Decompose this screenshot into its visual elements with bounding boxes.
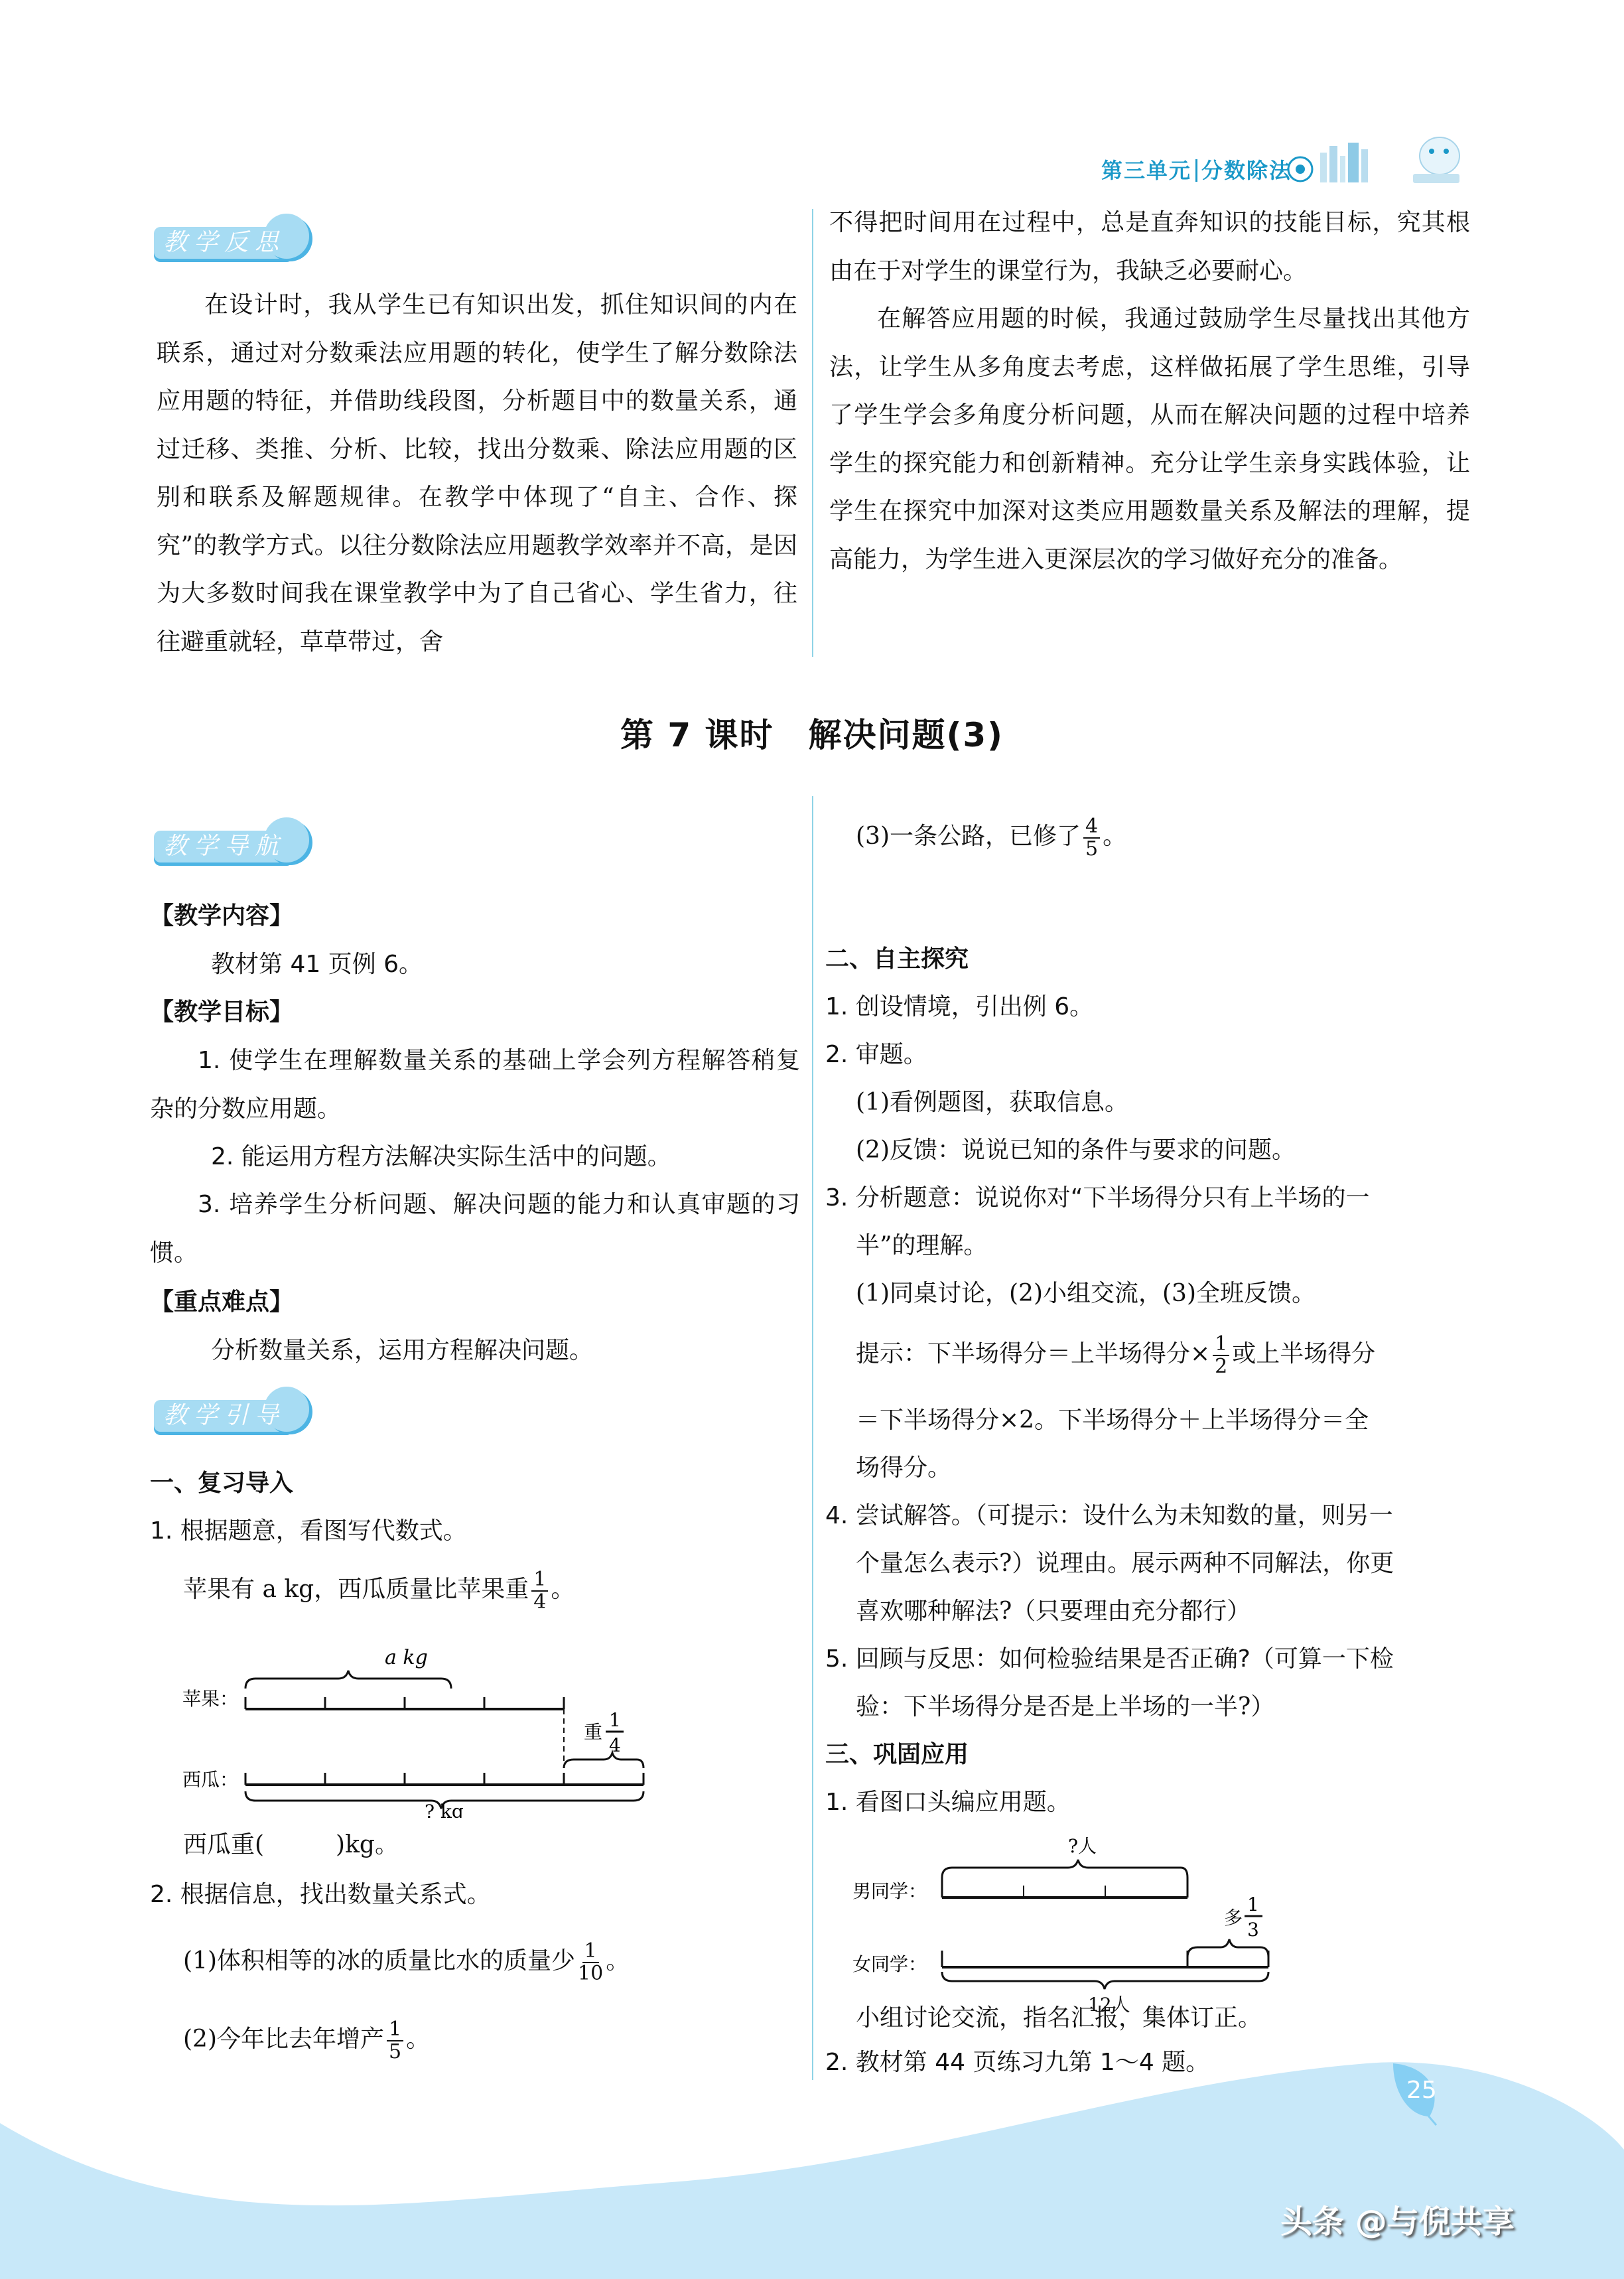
watermark: 头条 @与倪共享 — [1280, 2196, 1515, 2242]
page-number: 25 — [1406, 2077, 1437, 2104]
reflection-paragraph-right-1: 不得把时间用在过程中，总是直奔知识的技能目标，究其根由在于对学生的课堂行为，我缺… — [829, 199, 1470, 295]
header-separator — [1195, 159, 1197, 182]
explore-step-5-line2: 验：下半场得分是否是上半场的一半?） — [856, 1683, 1274, 1731]
svg-text:3: 3 — [1247, 1919, 1259, 1941]
key-points-heading: 【重点难点】 — [150, 1278, 293, 1326]
review-q2-item-3: (3)一条公路，已修了45。 — [856, 813, 1126, 861]
more-label: 多 — [1224, 1907, 1243, 1929]
fraction: 45 — [1083, 816, 1100, 860]
girls-row-label: 女同学： — [852, 1953, 927, 1975]
boys-total-label: ?人 — [1068, 1835, 1097, 1857]
section-review-heading: 一、复习导入 — [150, 1460, 293, 1507]
explore-step-4-line2: 个量怎么表示?）说理由。展示两种不同解法，你更 — [856, 1540, 1394, 1588]
explore-step-3-line1: 3. 分析题意：说说你对“下半场得分只有上半场的一 — [825, 1174, 1369, 1222]
explore-step-3-line2: 半”的理解。 — [856, 1222, 987, 1270]
goal-item-1: 1. 使学生在理解数量关系的基础上学会列方程解答稍复杂的分数应用题。 — [150, 1037, 800, 1133]
explore-hint-line3: 场得分。 — [856, 1444, 951, 1492]
unit-header: 第三单元分数除法 — [1101, 154, 1292, 184]
section-explore-heading: 二、自主探究 — [825, 935, 969, 983]
review-q1-statement: 苹果有 a kg，西瓜质量比苹果重14。 — [183, 1566, 575, 1614]
fraction: 110 — [578, 1941, 603, 1984]
explore-step-5-line1: 5. 回顾与反思：如何检验结果是否正确?（可算一下检 — [825, 1635, 1394, 1683]
apple-row-label: 苹果： — [182, 1688, 238, 1710]
review-question-2: 2. 根据信息，找出数量关系式。 — [150, 1871, 491, 1919]
svg-text:4: 4 — [609, 1734, 621, 1756]
explore-step-1: 1. 创设情境，引出例 6。 — [825, 983, 1093, 1031]
explore-step-2b: (2)反馈：说说已知的条件与要求的问题。 — [856, 1127, 1296, 1174]
goals-heading: 【教学目标】 — [150, 989, 293, 1036]
explore-step-4-line3: 喜欢哪种解法?（只要理由充分都行） — [856, 1588, 1251, 1635]
goal-item-3: 3. 培养学生分析问题、解决问题的能力和认真审题的习惯。 — [150, 1181, 800, 1277]
svg-text:1: 1 — [609, 1709, 621, 1731]
consolidate-task-1-text: 小组讨论交流，指名汇报，集体订正。 — [856, 1994, 1262, 2042]
watermelon-row-label: 西瓜： — [182, 1769, 238, 1791]
line-segment-diagram-boys-girls: ?人 男同学： 多 1 3 女同学： — [849, 1831, 1340, 1990]
explore-step-4-line1: 4. 尝试解答。（可提示：设什么为未知数的量，则另一 — [825, 1492, 1393, 1540]
column-divider — [812, 796, 813, 2080]
review-q1-answer: 西瓜重( )kg。 — [183, 1821, 399, 1869]
review-question-1: 1. 根据题意，看图写代数式。 — [150, 1507, 467, 1555]
badge-teaching-navigation: 教学导航 — [150, 817, 316, 864]
consolidate-task-1: 1. 看图口头编应用题。 — [825, 1779, 1071, 1827]
explore-step-2a: (1)看例题图，获取信息。 — [856, 1079, 1128, 1127]
lesson-title: 第 7 课时 解决问题(3) — [0, 709, 1624, 756]
badge-teaching-guidance: 教学引导 — [150, 1387, 316, 1433]
boys-row-label: 男同学： — [852, 1880, 927, 1902]
fraction: 12 — [1213, 1334, 1229, 1377]
key-points-text: 分析数量关系，运用方程解决问题。 — [211, 1327, 593, 1375]
header-decoration-icon — [1287, 133, 1479, 186]
section-consolidate-heading: 三、巩固应用 — [825, 1731, 969, 1779]
line-segment-diagram-apple-watermelon: a kg 苹果： 重 1 4 西瓜： ? kg — [179, 1639, 657, 1818]
heavier-label: 重 — [584, 1721, 602, 1743]
review-q2-item-1: (1)体积相等的冰的质量比水的质量少110。 — [183, 1937, 630, 1985]
svg-text:1: 1 — [1247, 1894, 1259, 1915]
explore-step-2: 2. 审题。 — [825, 1031, 927, 1079]
apple-total-label: a kg — [385, 1646, 428, 1669]
goal-item-2: 2. 能运用方程方法解决实际生活中的问题。 — [211, 1133, 671, 1181]
reflection-paragraph-right-2: 在解答应用题的时候，我通过鼓励学生尽量找出其他方法，让学生从多角度去考虑，这样做… — [829, 295, 1470, 584]
footer-wave — [0, 2043, 1624, 2279]
explore-hint-line1: 提示：下半场得分＝上半场得分×12或上半场得分 — [856, 1330, 1375, 1378]
column-divider — [812, 209, 813, 657]
content-heading: 【教学内容】 — [150, 892, 293, 940]
watermelon-total-label: ? kg — [425, 1801, 464, 1818]
content-text: 教材第 41 页例 6。 — [211, 941, 423, 989]
explore-step-3a: (1)同桌讨论，(2)小组交流，(3)全班反馈。 — [856, 1270, 1316, 1318]
explore-hint-line2: ＝下半场得分×2。下半场得分＋上半场得分＝全 — [856, 1397, 1369, 1444]
reflection-paragraph-left: 在设计时，我从学生已有知识出发，抓住知识间的内在联系，通过对分数乘法应用题的转化… — [157, 281, 797, 666]
badge-teaching-reflection: 教学反思 — [150, 214, 316, 260]
unit-label: 第三单元 — [1101, 158, 1191, 183]
fraction: 14 — [531, 1569, 548, 1613]
topic-label: 分数除法 — [1201, 158, 1292, 183]
